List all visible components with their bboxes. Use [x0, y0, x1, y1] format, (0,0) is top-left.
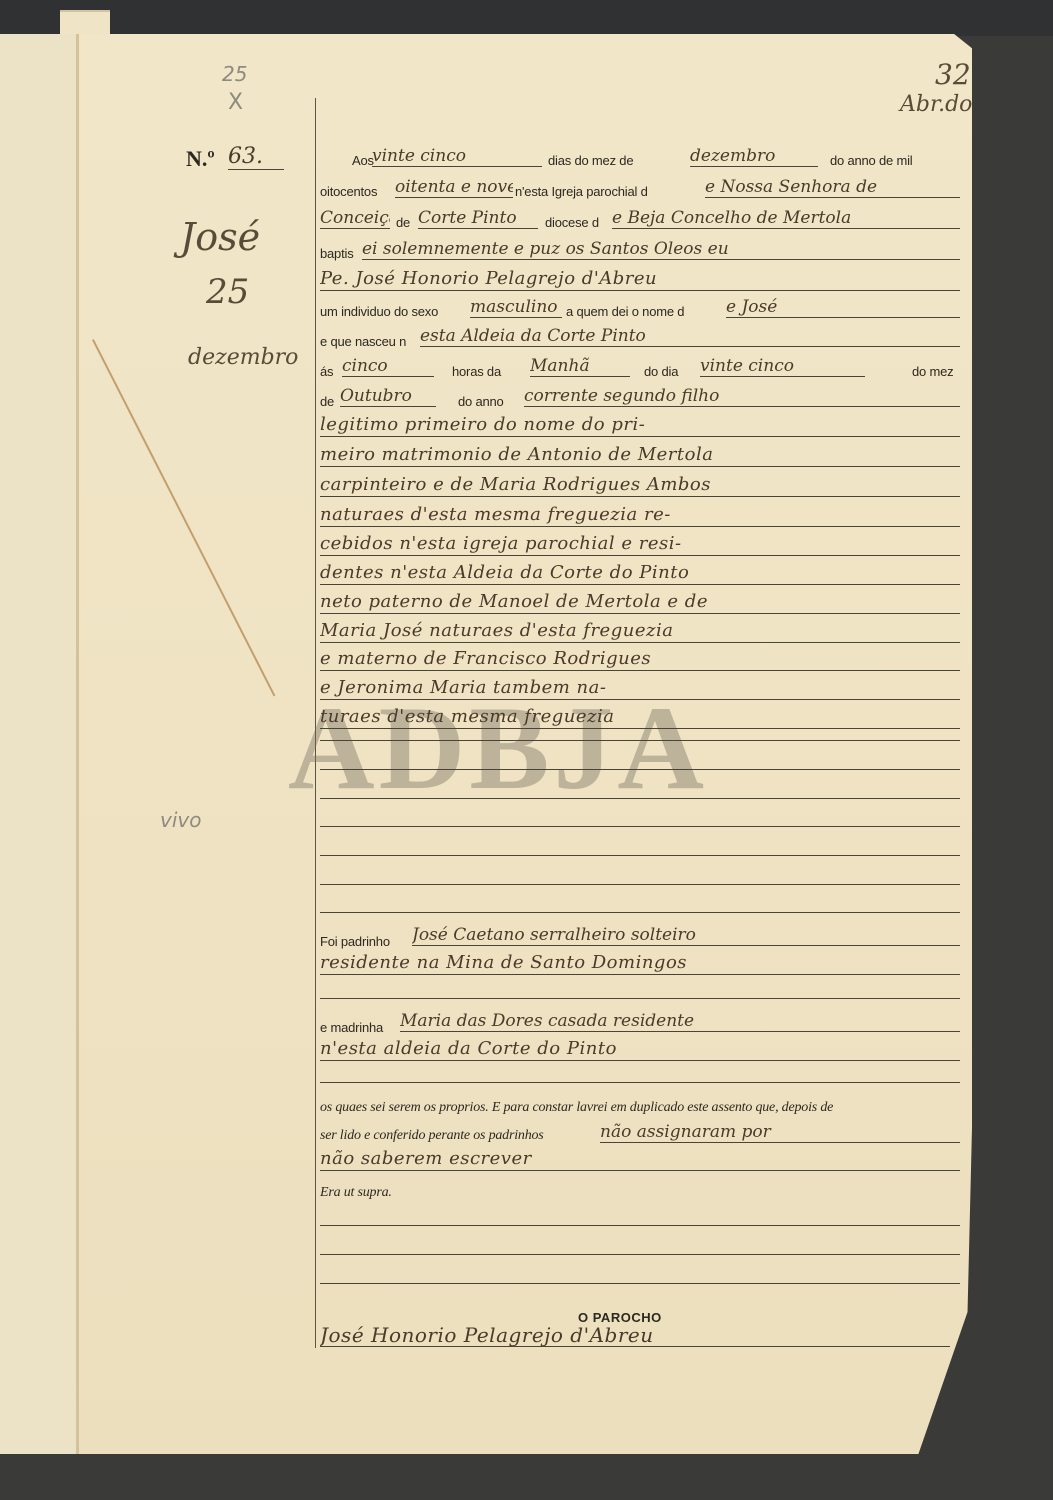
birth-year-field: corrente segundo filho — [524, 386, 960, 407]
baptism-day-field: vinte cinco — [372, 146, 542, 167]
birth-hour-field: cinco — [342, 356, 434, 377]
ruled-line — [320, 1254, 960, 1255]
godmother-field-cont: n'esta aldeia da Corte do Pinto — [320, 1038, 960, 1061]
body-line: meiro matrimonio de Antonio de Mertola — [320, 444, 960, 467]
margin-month: dezembro — [188, 345, 298, 370]
margin-name: José — [180, 215, 260, 259]
ruled-line — [320, 826, 960, 827]
book-spine — [76, 34, 79, 1454]
label-e-madrinha: e madrinha — [320, 1020, 383, 1035]
closing-text-2: ser lido e conferido perante os padrinho… — [320, 1128, 544, 1144]
birth-month-field: Outubro — [340, 386, 436, 407]
left-page-edge — [0, 34, 78, 1454]
label-de: de — [396, 215, 410, 230]
label-baptis: baptis — [320, 246, 354, 261]
margin-day: 25 — [206, 272, 249, 312]
ruled-line — [320, 740, 960, 741]
birth-day-field: vinte cinco — [700, 356, 865, 377]
ruled-line — [320, 769, 960, 770]
label-que-nasceu: e que nasceu n — [320, 334, 406, 349]
body-line: carpinteiro e de Maria Rodrigues Ambos — [320, 474, 960, 497]
top-right-note: Abr.do — [900, 92, 972, 117]
baptism-officiant-text: ei solemnemente e puz os Santos Oleos eu — [362, 239, 960, 260]
label-foi-padrinho: Foi padrinho — [320, 934, 390, 949]
ruled-line — [320, 884, 960, 885]
priest-signature: José Honorio Pelagrejo d'Abreu — [320, 1324, 950, 1347]
sex-field: masculino — [470, 297, 562, 318]
signature-status-field-cont: não saberem escrever — [320, 1148, 960, 1171]
label-dias-do-mez: dias do mez de — [548, 153, 633, 168]
body-line: turaes d'esta mesma freguezia — [320, 706, 960, 729]
child-name-field: e José — [726, 297, 960, 318]
diocese-field: e Beja Concelho de Mertola — [612, 208, 960, 229]
label-oitocentos: oitocentos — [320, 184, 377, 199]
ruled-line — [320, 1225, 960, 1226]
label-horas-da: horas da — [452, 364, 501, 379]
body-line: e Jeronima Maria tambem na- — [320, 677, 960, 700]
scanner-background-bottom — [0, 1455, 1053, 1500]
label-diocese: diocese d — [545, 215, 599, 230]
body-line: e materno de Francisco Rodrigues — [320, 648, 960, 671]
godfather-field: José Caetano serralheiro solteiro — [412, 925, 960, 946]
baptism-year-field: oitenta e nove — [395, 177, 513, 198]
pencil-cross-mark: X — [228, 90, 243, 115]
birth-period-field: Manhã — [530, 356, 630, 377]
body-line: naturaes d'esta mesma freguezia re- — [320, 504, 960, 527]
label-do-anno: do anno — [458, 394, 504, 409]
closing-text-1: os quaes sei serem os proprios. E para c… — [320, 1100, 833, 1116]
era-ut-supra: Era ut supra. — [320, 1185, 392, 1201]
scanner-background-top — [0, 0, 1053, 36]
ruled-line — [320, 998, 960, 999]
parish-field: e Nossa Senhora de — [705, 177, 960, 198]
signature-status-field: não assignaram por — [600, 1122, 960, 1143]
birthplace-field: esta Aldeia da Corte Pinto — [420, 326, 960, 347]
locality-field: Corte Pinto — [418, 208, 538, 229]
label-individuo-sexo: um individuo do sexo — [320, 304, 438, 319]
body-line: legitimo primeiro do nome do pri- — [320, 414, 960, 437]
label-do-dia: do dia — [644, 364, 678, 379]
body-line: cebidos n'esta igreja parochial e resi- — [320, 533, 960, 556]
body-line: Maria José naturaes d'esta freguezia — [320, 620, 960, 643]
label-as: ás — [320, 364, 333, 379]
godfather-field-cont: residente na Mina de Santo Domingos — [320, 952, 960, 975]
ruled-line — [320, 855, 960, 856]
godmother-field: Maria das Dores casada residente — [400, 1011, 960, 1032]
parocho-label: O PAROCHO — [578, 1310, 662, 1325]
label-a-quem-dei-nome: a quem dei o nome d — [566, 304, 684, 319]
entry-number: 63. — [228, 144, 284, 170]
baptism-month-field: dezembro — [690, 146, 818, 167]
ruled-line — [320, 1082, 960, 1083]
page-number: 32 — [935, 58, 971, 91]
body-line: neto paterno de Manoel de Mertola e de — [320, 591, 960, 614]
ruled-line — [320, 798, 960, 799]
ruled-line — [320, 912, 960, 913]
ruled-line — [320, 1283, 960, 1284]
label-do-anno-de-mil: do anno de mil — [830, 153, 912, 168]
label-de-month: de — [320, 394, 334, 409]
label-do-mez: do mez — [912, 364, 953, 379]
body-line: dentes n'esta Aldeia da Corte do Pinto — [320, 562, 960, 585]
entry-number-label: N.º — [186, 146, 215, 172]
pencil-note-25: 25 — [222, 62, 247, 86]
label-aos: Aos — [352, 153, 374, 168]
priest-name-line: Pe. José Honorio Pelagrejo d'Abreu — [320, 268, 960, 291]
margin-note-vivo: vivo — [160, 808, 201, 832]
label-igreja-parochial: n'esta Igreja parochial d — [515, 184, 648, 199]
parish-field-cont: Conceição — [320, 208, 390, 229]
